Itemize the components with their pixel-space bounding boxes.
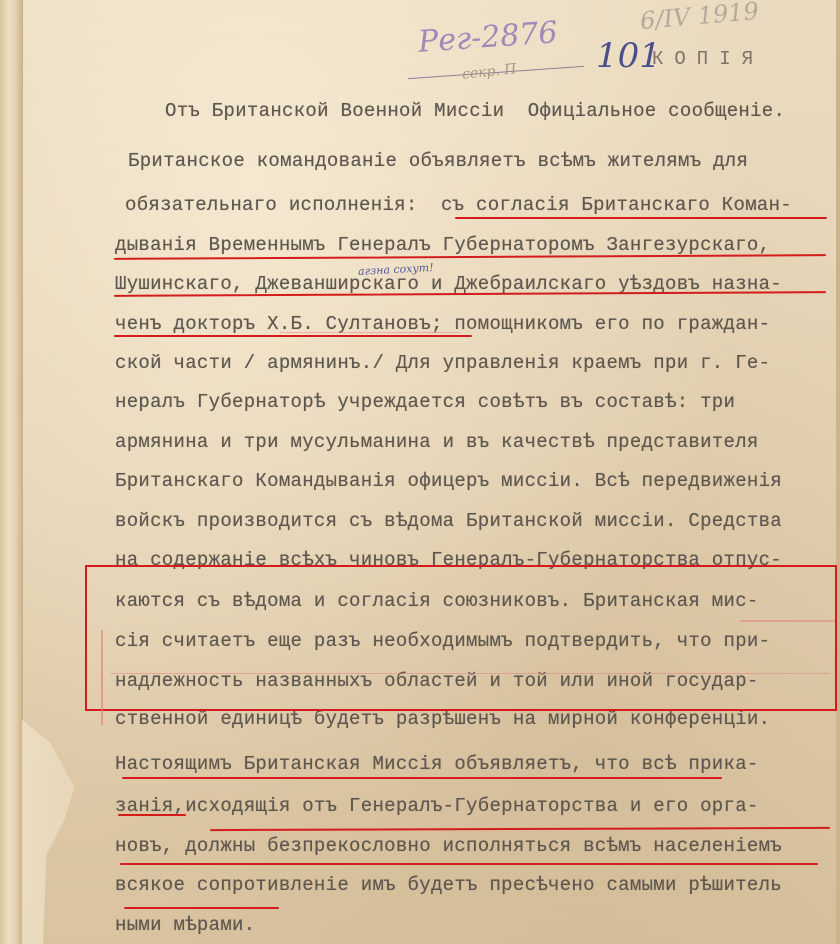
pencil-margin-mark bbox=[101, 630, 103, 725]
red-underline bbox=[118, 814, 186, 816]
handwritten-date: 6/IV 1919 bbox=[639, 0, 760, 35]
copy-stamp: КОПIЯ bbox=[652, 48, 764, 70]
text-line: нералъ Губернаторѣ учреждается совѣтъ въ… bbox=[115, 391, 735, 413]
page-edge bbox=[836, 0, 840, 944]
red-underline bbox=[120, 863, 818, 865]
pencil-line bbox=[280, 332, 460, 333]
red-underline bbox=[210, 827, 830, 831]
red-underline bbox=[455, 217, 827, 219]
red-underline bbox=[114, 335, 472, 337]
text-line: Британское командованiе объявляетъ всѣмъ… bbox=[128, 150, 748, 172]
text-line: новъ, должны безпрекословно исполняться … bbox=[115, 835, 782, 857]
red-underline bbox=[124, 907, 279, 909]
text-line: Британскаго Командыванiя офицеръ миссiи.… bbox=[115, 470, 782, 492]
red-highlight-box bbox=[85, 565, 837, 711]
text-line: всякое сопротивленiе имъ будетъ пресѣчен… bbox=[115, 874, 782, 896]
text-line: ственной единицѣ будетъ разрѣшенъ на мир… bbox=[115, 708, 770, 730]
document-page: 6/IV 1919 Рег-2876 секр. П 101 КОПIЯ Отъ… bbox=[0, 0, 840, 944]
text-line: войскъ производится съ вѣдома Британской… bbox=[115, 510, 782, 532]
paper-tear bbox=[22, 720, 92, 944]
text-line: обязательнаго исполненiя: съ согласiя Бр… bbox=[125, 194, 792, 216]
red-underline bbox=[122, 777, 722, 779]
text-line: занiя,исходящiя отъ Генералъ-Губернаторс… bbox=[115, 795, 759, 817]
binding-edge bbox=[0, 0, 23, 944]
handwritten-registration-sub: секр. П bbox=[461, 61, 517, 83]
text-line: дыванiя Временнымъ Генералъ Губернатором… bbox=[115, 234, 770, 256]
text-line: ской части / армянинъ./ Для управленiя к… bbox=[115, 352, 770, 374]
text-line: Настоящимъ Британская Миссiя объявляетъ,… bbox=[115, 753, 759, 775]
text-line: армянина и три мусульманина и въ качеств… bbox=[115, 431, 759, 453]
handwritten-registration-number: Рег-2876 bbox=[417, 15, 559, 60]
pencil-line bbox=[110, 673, 830, 674]
text-line: ными мѣрами. bbox=[115, 914, 255, 936]
pencil-line bbox=[740, 620, 835, 622]
document-heading: Отъ Британской Военной Миссiи Офицiально… bbox=[165, 100, 785, 122]
